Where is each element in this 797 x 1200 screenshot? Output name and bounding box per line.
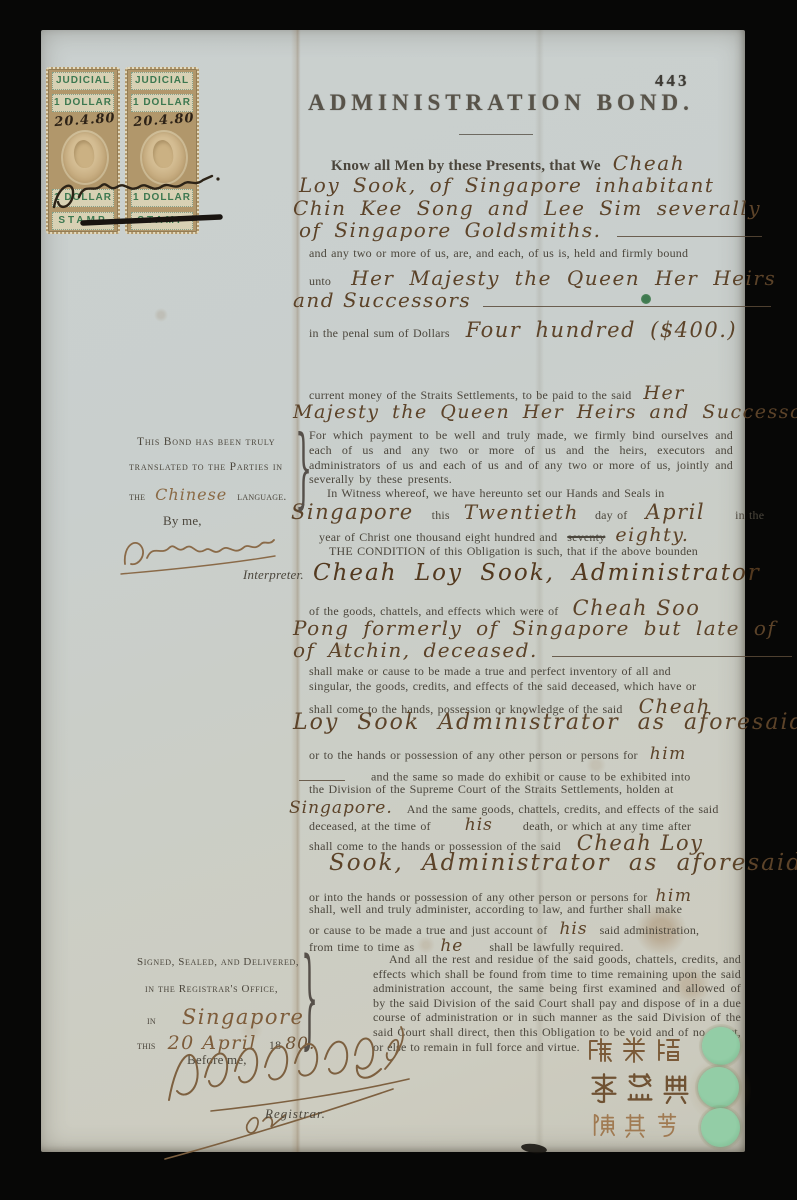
printed-text: And the same goods, chattels, credits, a… bbox=[407, 802, 719, 816]
registrar-label: Registrar. bbox=[265, 1106, 326, 1122]
chinese-signature-3 bbox=[591, 1112, 679, 1138]
body-line: shall, well and truly administer, accord… bbox=[309, 902, 682, 917]
page-title: ADMINISTRATION BOND. bbox=[291, 90, 711, 116]
sidenote-signed-line1: Signed, Sealed, and Delivered, bbox=[137, 956, 299, 968]
wax-seal bbox=[701, 1108, 740, 1147]
document-paper: JUDICIAL 1 DOLLAR 20.4.80 1 DOLLAR STAMP… bbox=[41, 30, 745, 1152]
body-line: and any two or more of us, are, and each… bbox=[309, 246, 688, 261]
stamp-one-dollar-label: 1 DOLLAR bbox=[52, 94, 114, 112]
stamp-date-handwritten: 20.4.80 bbox=[50, 111, 121, 131]
printed-text: this bbox=[432, 508, 450, 522]
body-line: singular, the goods, credits, and effect… bbox=[309, 679, 696, 694]
handwritten-line: Sook, Administrator as aforesaid bbox=[329, 850, 797, 876]
scanned-document-photo: { "colors":{ "background":"#070706","pap… bbox=[0, 0, 797, 1200]
handwritten-line: of Singapore Goldsmiths. bbox=[299, 218, 762, 242]
chinese-character-glyph bbox=[655, 1036, 681, 1064]
chinese-character-glyph bbox=[587, 1036, 613, 1064]
chinese-character-glyph bbox=[621, 1036, 647, 1064]
chinese-character-glyph bbox=[625, 1072, 655, 1104]
wax-seal bbox=[698, 1067, 739, 1108]
handwritten-text: of Singapore Goldsmiths. bbox=[299, 218, 601, 242]
chinese-character-glyph bbox=[591, 1112, 615, 1138]
chinese-character-glyph bbox=[661, 1072, 691, 1104]
blank-rule bbox=[617, 222, 762, 237]
handwritten-line: Majesty the Queen Her Heirs and Successo… bbox=[293, 401, 797, 423]
body-line-unto: unto Her Majesty the Queen Her Heirs bbox=[309, 266, 776, 290]
printed-text: year of Christ one thousand eight hundre… bbox=[319, 530, 557, 544]
chinese-signature-2 bbox=[589, 1072, 691, 1104]
struck-word: seventy bbox=[567, 530, 605, 544]
body-line-year: year of Christ one thousand eight hundre… bbox=[319, 524, 689, 546]
handwritten-line: Pong formerly of Singapore but late of bbox=[293, 616, 776, 640]
by-me-label: By me, bbox=[163, 513, 202, 529]
handwritten-text: and Successors bbox=[293, 288, 471, 312]
handwritten-line: of Atchin, deceased. bbox=[293, 638, 792, 662]
sidenote-translation-line1: This Bond has been truly bbox=[137, 436, 275, 448]
wax-seal bbox=[702, 1027, 740, 1065]
body-line-opening: Know all Men by these Presents, that We … bbox=[331, 151, 685, 175]
title-rule bbox=[459, 134, 533, 135]
sidenote-translation-line3: the Chinese language. bbox=[129, 485, 286, 505]
stamp-cancellation-signature bbox=[48, 167, 228, 235]
stamp-one-dollar-label: 1 DOLLAR bbox=[131, 94, 193, 112]
residue-paragraph: And all the rest and residue of the said… bbox=[373, 952, 741, 1054]
interpreter-label: Interpreter. bbox=[243, 567, 304, 583]
handwritten-text: April bbox=[645, 500, 705, 524]
stamp-date-handwritten: 20.4.80 bbox=[129, 111, 200, 131]
page-number: 443 bbox=[655, 71, 690, 91]
chinese-signature-1 bbox=[587, 1036, 681, 1064]
printed-text: or to the hands or possession of any oth… bbox=[309, 748, 638, 762]
body-line-witness: In Witness whereof, we have hereunto set… bbox=[327, 486, 664, 501]
sidenote-translation-line2: translated to the Parties in bbox=[129, 461, 283, 473]
chinese-character-glyph bbox=[589, 1072, 619, 1104]
payment-paragraph: For which payment to be well and truly m… bbox=[309, 428, 733, 487]
printed-text: or cause to be made a true and just acco… bbox=[309, 923, 547, 937]
printed-text: current money of the Straits Settlements… bbox=[309, 388, 631, 402]
body-line-condition: THE CONDITION of this Obligation is such… bbox=[329, 544, 698, 559]
handwritten-text: Four hundred ($400.) bbox=[466, 318, 737, 342]
handwritten-text: of Atchin, deceased. bbox=[293, 638, 538, 662]
printed-text: the bbox=[129, 491, 145, 503]
blank-rule bbox=[552, 642, 792, 657]
registrar-signature bbox=[149, 1025, 419, 1160]
ink-blot bbox=[521, 1142, 548, 1155]
blank-rule bbox=[483, 292, 771, 307]
stamp-judicial-label: JUDICIAL bbox=[52, 72, 114, 90]
printed-text: day of bbox=[595, 508, 628, 522]
blank-rule bbox=[299, 766, 345, 781]
handwritten-text: Chinese bbox=[155, 485, 227, 504]
body-line-successors: and Successors bbox=[293, 288, 771, 312]
handwritten-line: Loy Sook Administrator as aforesaid bbox=[293, 710, 797, 735]
body-line: the Division of the Supreme Court of the… bbox=[309, 782, 673, 797]
body-line-place-date: Singapore this Twentieth day of April in… bbox=[291, 500, 764, 524]
printed-text: language. bbox=[237, 491, 286, 503]
chinese-character-glyph bbox=[655, 1112, 679, 1138]
body-line: shall make or cause to be made a true an… bbox=[309, 664, 671, 679]
brace-translation-note: } bbox=[295, 428, 312, 515]
body-line-possession: or to the hands or possession of any oth… bbox=[309, 744, 687, 764]
handwritten-text: him bbox=[650, 744, 687, 764]
handwritten-line: Chin Kee Song and Lee Sim severally bbox=[293, 196, 761, 220]
stamp-judicial-label: JUDICIAL bbox=[131, 72, 193, 90]
printed-text: in the penal sum of Dollars bbox=[309, 326, 450, 340]
printed-text: unto bbox=[309, 274, 331, 288]
handwritten-text: Her Majesty the Queen Her Heirs bbox=[351, 266, 776, 290]
chinese-character-glyph bbox=[623, 1112, 647, 1138]
handwritten-line-bounden: Cheah Loy Sook, Administrator bbox=[313, 560, 761, 586]
printed-text: said administration, bbox=[600, 923, 700, 937]
handwritten-text: Cheah bbox=[613, 151, 685, 175]
sidenote-signed-line2: in the Registrar's Office, bbox=[145, 983, 278, 995]
handwritten-text: Twentieth bbox=[464, 500, 579, 524]
handwritten-line: Loy Sook, of Singapore inhabitant bbox=[299, 173, 714, 197]
green-ink-dot bbox=[641, 294, 651, 304]
handwritten-text: eighty. bbox=[615, 524, 689, 546]
body-line-penal-sum: in the penal sum of Dollars Four hundred… bbox=[309, 318, 737, 342]
printed-text: in the bbox=[735, 508, 764, 522]
printed-text: Know all Men by these Presents, that We bbox=[331, 158, 601, 174]
judicial-stamp-pair: JUDICIAL 1 DOLLAR 20.4.80 1 DOLLAR STAMP… bbox=[46, 67, 202, 235]
